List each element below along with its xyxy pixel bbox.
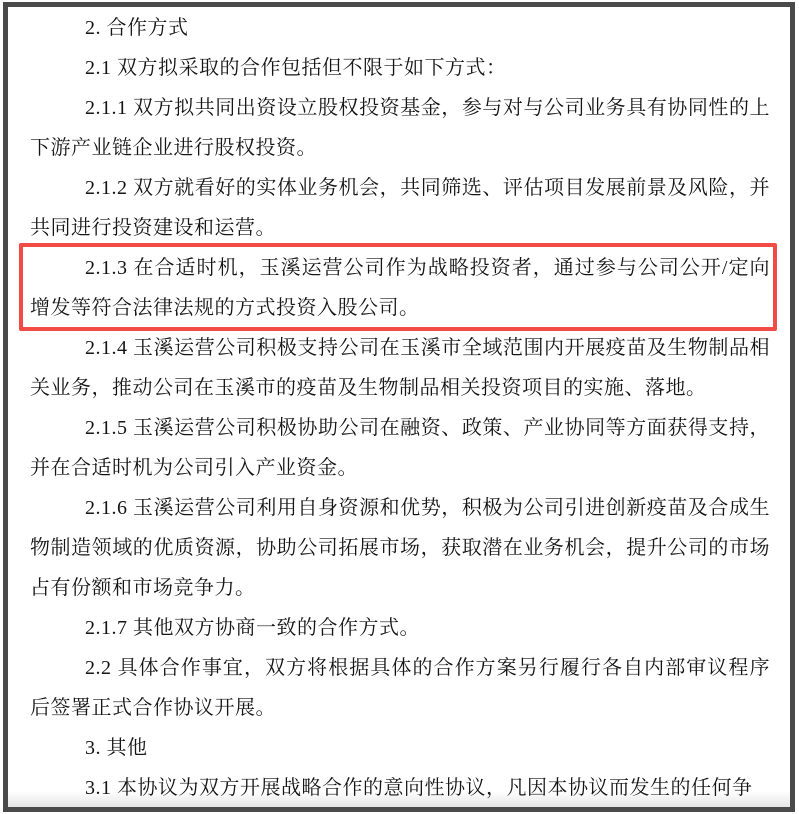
section-2-heading: 2. 合作方式 [30, 8, 770, 48]
paragraph-2-1-1: 2.1.1 双方拟共同出资设立股权投资基金，参与对与公司业务具有协同性的上下游产… [30, 88, 770, 168]
highlight-box: 2.1.3 在合适时机，玉溪运营公司作为战略投资者，通过参与公司公开/定向增发等… [30, 248, 770, 328]
paragraph-3-1: 3.1 本协议为双方开展战略合作的意向性协议，凡因本协议而发生的任何争 [30, 768, 770, 808]
document-page-frame: 2. 合作方式 2.1 双方拟采取的合作包括但不限于如下方式： 2.1.1 双方… [3, 2, 795, 812]
paragraph-2-1-3-highlighted: 2.1.3 在合适时机，玉溪运营公司作为战略投资者，通过参与公司公开/定向增发等… [30, 248, 770, 328]
paragraph-2-1-7: 2.1.7 其他双方协商一致的合作方式。 [30, 608, 770, 648]
paragraph-2-2: 2.2 具体合作事宜，双方将根据具体的合作方案另行履行各自内部审议程序后签署正式… [30, 648, 770, 728]
document-body: 2. 合作方式 2.1 双方拟采取的合作包括但不限于如下方式： 2.1.1 双方… [8, 7, 790, 807]
paragraph-2-1-4: 2.1.4 玉溪运营公司积极支持公司在玉溪市全域范围内开展疫苗及生物制品相关业务… [30, 328, 770, 408]
paragraph-2-1-2: 2.1.2 双方就看好的实体业务机会，共同筛选、评估项目发展前景及风险，并共同进… [30, 168, 770, 248]
paragraph-2-1-6: 2.1.6 玉溪运营公司利用自身资源和优势，积极为公司引进创新疫苗及合成生物制造… [30, 488, 770, 608]
section-3-heading: 3. 其他 [30, 728, 770, 768]
paragraph-2-1: 2.1 双方拟采取的合作包括但不限于如下方式： [30, 48, 770, 88]
paragraph-2-1-5: 2.1.5 玉溪运营公司积极协助公司在融资、政策、产业协同等方面获得支持，并在合… [30, 408, 770, 488]
